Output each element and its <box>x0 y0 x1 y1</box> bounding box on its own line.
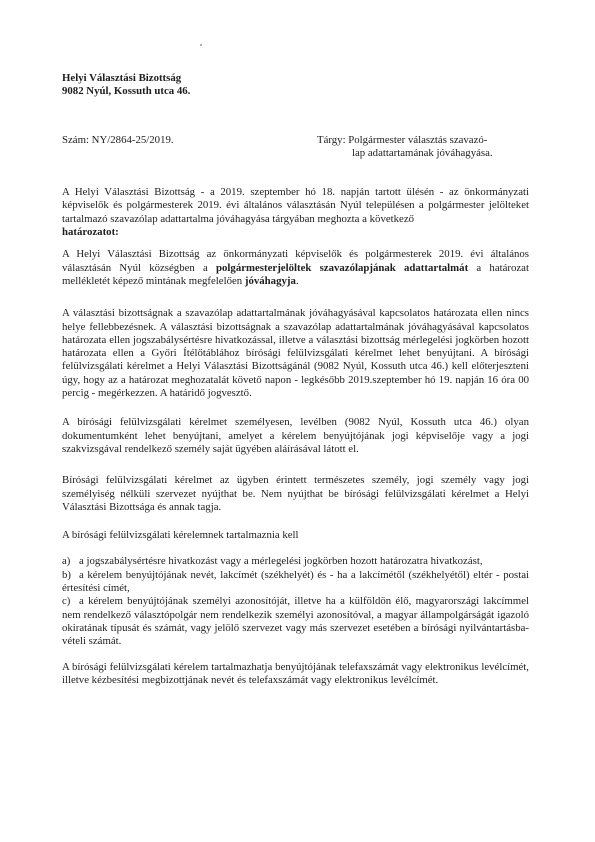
requirement-item-a: a)a jogszabálysértésre hivatkozást vagy … <box>62 555 529 568</box>
reference-row: Szám: NY/2864-25/2019. Tárgy: Polgármest… <box>62 134 529 161</box>
requirement-item-b: b)a kérelem benyújtójának nevét, lakcímé… <box>62 569 529 596</box>
item-marker-a: a) <box>62 555 79 568</box>
item-text-a: a jogszabálysértésre hivatkozást vagy a … <box>79 555 483 567</box>
decision-bold-2: jóváhagyja <box>245 275 296 287</box>
eligibility-paragraph: Bírósági felülvizsgálati kérelmet az ügy… <box>62 474 529 514</box>
item-marker-b: b) <box>62 569 79 582</box>
scanned-document-page: Helyi Választási Bizottság 9082 Nyúl, Ko… <box>0 0 595 842</box>
decision-paragraph: A Helyi Választási Bizottság az önkormán… <box>62 248 529 288</box>
organization-address: 9082 Nyúl, Kossuth utca 46. <box>62 85 529 98</box>
requirements-intro: A bírósági felülvizsgálati kérelemnek ta… <box>62 529 529 542</box>
document-content: Helyi Választási Bizottság 9082 Nyúl, Ko… <box>62 0 529 687</box>
decision-text-3: . <box>296 275 299 287</box>
closing-paragraph: A bírósági felülvizsgálati kérelem tarta… <box>62 661 529 688</box>
decision-heading: határozatot: <box>62 226 529 239</box>
appeal-paragraph: A választási bizottságnak a szavazólap a… <box>62 307 529 400</box>
item-text-c: a kérelem benyújtójának személyi azonosí… <box>62 595 529 647</box>
subject-line-1: Tárgy: Polgármester választás szavazó- <box>317 134 529 147</box>
case-number: Szám: NY/2864-25/2019. <box>62 134 174 147</box>
requirement-item-c: c)a kérelem benyújtójának személyi azono… <box>62 595 529 648</box>
organization-name: Helyi Választási Bizottság <box>62 72 529 85</box>
subject-block: Tárgy: Polgármester választás szavazó- l… <box>317 134 529 161</box>
submission-paragraph: A bírósági felülvizsgálati kérelmet szem… <box>62 416 529 456</box>
item-text-b: a kérelem benyújtójának nevét, lakcímét … <box>62 569 529 594</box>
letterhead: Helyi Választási Bizottság 9082 Nyúl, Ko… <box>62 72 529 99</box>
decision-bold-1: polgármesterjelöltek szavazólapjának ada… <box>216 262 468 274</box>
item-marker-c: c) <box>62 595 79 608</box>
requirements-list: a)a jogszabálysértésre hivatkozást vagy … <box>62 555 529 648</box>
intro-paragraph: A Helyi Választási Bizottság - a 2019. s… <box>62 186 529 226</box>
subject-line-2: lap adattartamának jóváhagyása. <box>317 147 529 160</box>
